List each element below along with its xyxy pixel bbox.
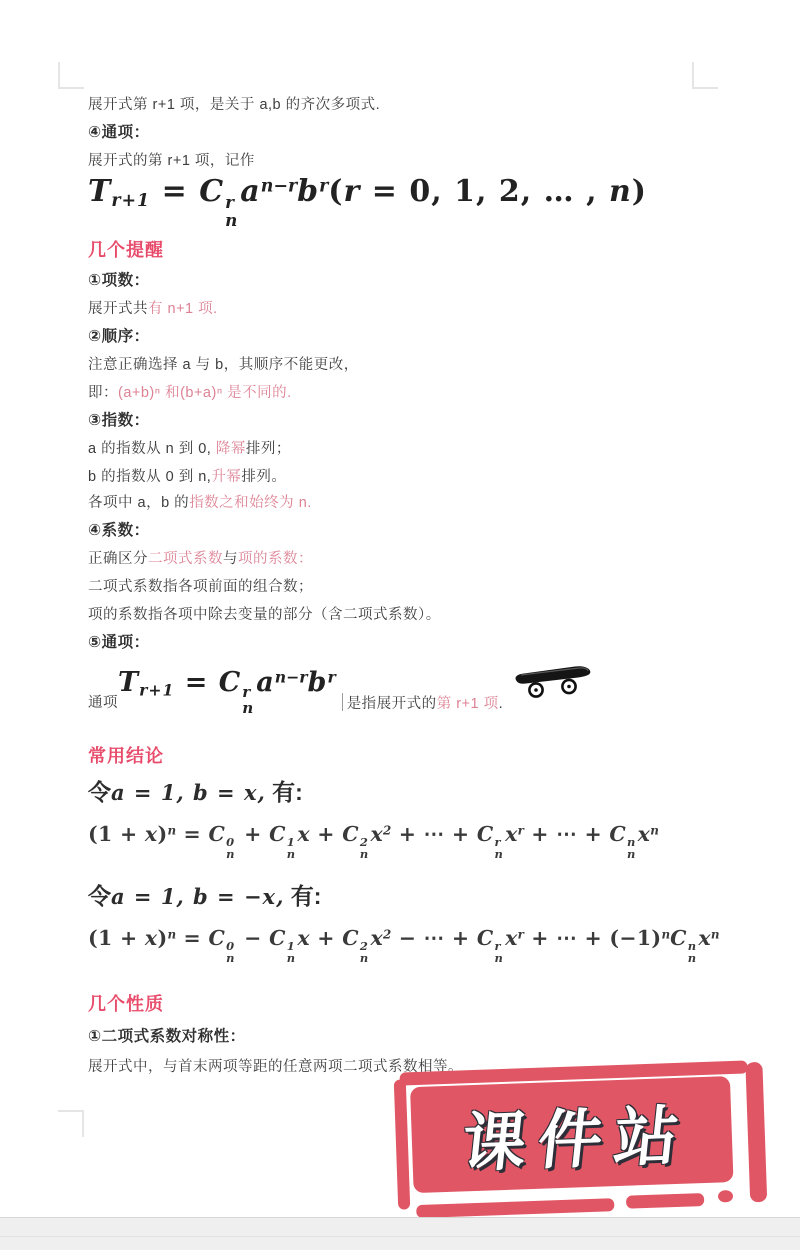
heading-conclusions: 常用结论 (88, 744, 164, 768)
para-zhishu-b: b 的指数从 0 到 n,升幂排列。 (88, 464, 286, 490)
heading-tips: 几个提醒 (88, 238, 164, 262)
tongxiang-suffix: 是指展开式的第 r+1 项. (347, 692, 503, 717)
formula-expansion-negative: (1 + x)n = C0n − C1nx + C2nx2 − ⋯ + Crnx… (88, 926, 720, 964)
formula-general-term: Tr+1 = Crnan−rbr(r = 0, 1, 2, … , n) (88, 174, 647, 229)
para-xishu-1: 正确区分二项式系数与项的系数： (88, 546, 313, 572)
margin-corner-mark-top-left (58, 62, 84, 89)
para-shunxu-2: 即：(a+b)ⁿ 和(b+a)ⁿ 是不同的. (88, 380, 292, 406)
margin-corner-mark-top-right (692, 62, 718, 89)
document-page: 展开式第 r+1 项，是关于 a,b 的齐次多项式. ④通项： 展开式的第 r+… (0, 0, 800, 1250)
stamp-border-left (394, 1079, 411, 1209)
label-shunxu: ②顺序： (88, 324, 150, 350)
page-gap-line (0, 1236, 800, 1237)
label-item5-tongxiang: ⑤通项： (88, 630, 150, 656)
para-xiangshu: 展开式共有 n+1 项. (88, 296, 218, 322)
skateboard-icon (513, 662, 593, 707)
para-zhishu-a: a 的指数从 n 到 0, 降幂排列； (88, 436, 291, 462)
para-xishu-3: 项的系数指各项中除去变量的部分（含二项式系数）。 (88, 602, 441, 628)
tongxiang-prefix: 通项 (88, 691, 118, 717)
heading-properties: 几个性质 (88, 992, 164, 1016)
para-zhishu-sum: 各项中 a，b 的指数之和始终为 n. (88, 490, 312, 516)
general-term-row: 通项 Tr+1 = Crnan−rbr 是指展开式的第 r+1 项. (88, 662, 593, 717)
stamp-text: 课件站 (448, 1084, 696, 1185)
label-xiangshu: ①项数： (88, 268, 150, 294)
stamp-body: 课件站 (410, 1076, 734, 1193)
let-line-2: 令a = 1, b = −x, 有: (88, 878, 321, 911)
stamp-border-dot (718, 1190, 733, 1203)
stamp-border-bottom (626, 1193, 704, 1209)
label-zhishu: ③指数： (88, 408, 150, 434)
formula-expansion-positive: (1 + x)n = C0n + C1nx + C2nx2 + ⋯ + Crnx… (88, 822, 659, 860)
para-intro: 展开式第 r+1 项，是关于 a,b 的齐次多项式. (88, 92, 380, 118)
stamp-border-bottom (416, 1198, 614, 1218)
margin-corner-mark-bottom-left (58, 1110, 84, 1137)
para-xishu-2: 二项式系数指各项前面的组合数； (88, 574, 313, 600)
para-shunxu-1: 注意正确选择 a 与 b，其顺序不能更改， (88, 352, 359, 378)
label-item4-tongxiang: ④通项： (88, 120, 150, 146)
label-xishu: ④系数： (88, 518, 150, 544)
let-line-1: 令a = 1, b = x, 有: (88, 774, 303, 807)
kejianzhan-stamp: 课件站 (394, 1059, 785, 1222)
formula-general-term-2: Tr+1 = Crnan−rbr (118, 667, 336, 717)
label-duichen: ①二项式系数对称性： (88, 1024, 246, 1050)
page-gap (0, 1217, 800, 1250)
text-cursor-mark (342, 693, 343, 711)
stamp-border-right (745, 1062, 767, 1203)
para-jizuo: 展开式的第 r+1 项，记作 (88, 148, 255, 174)
